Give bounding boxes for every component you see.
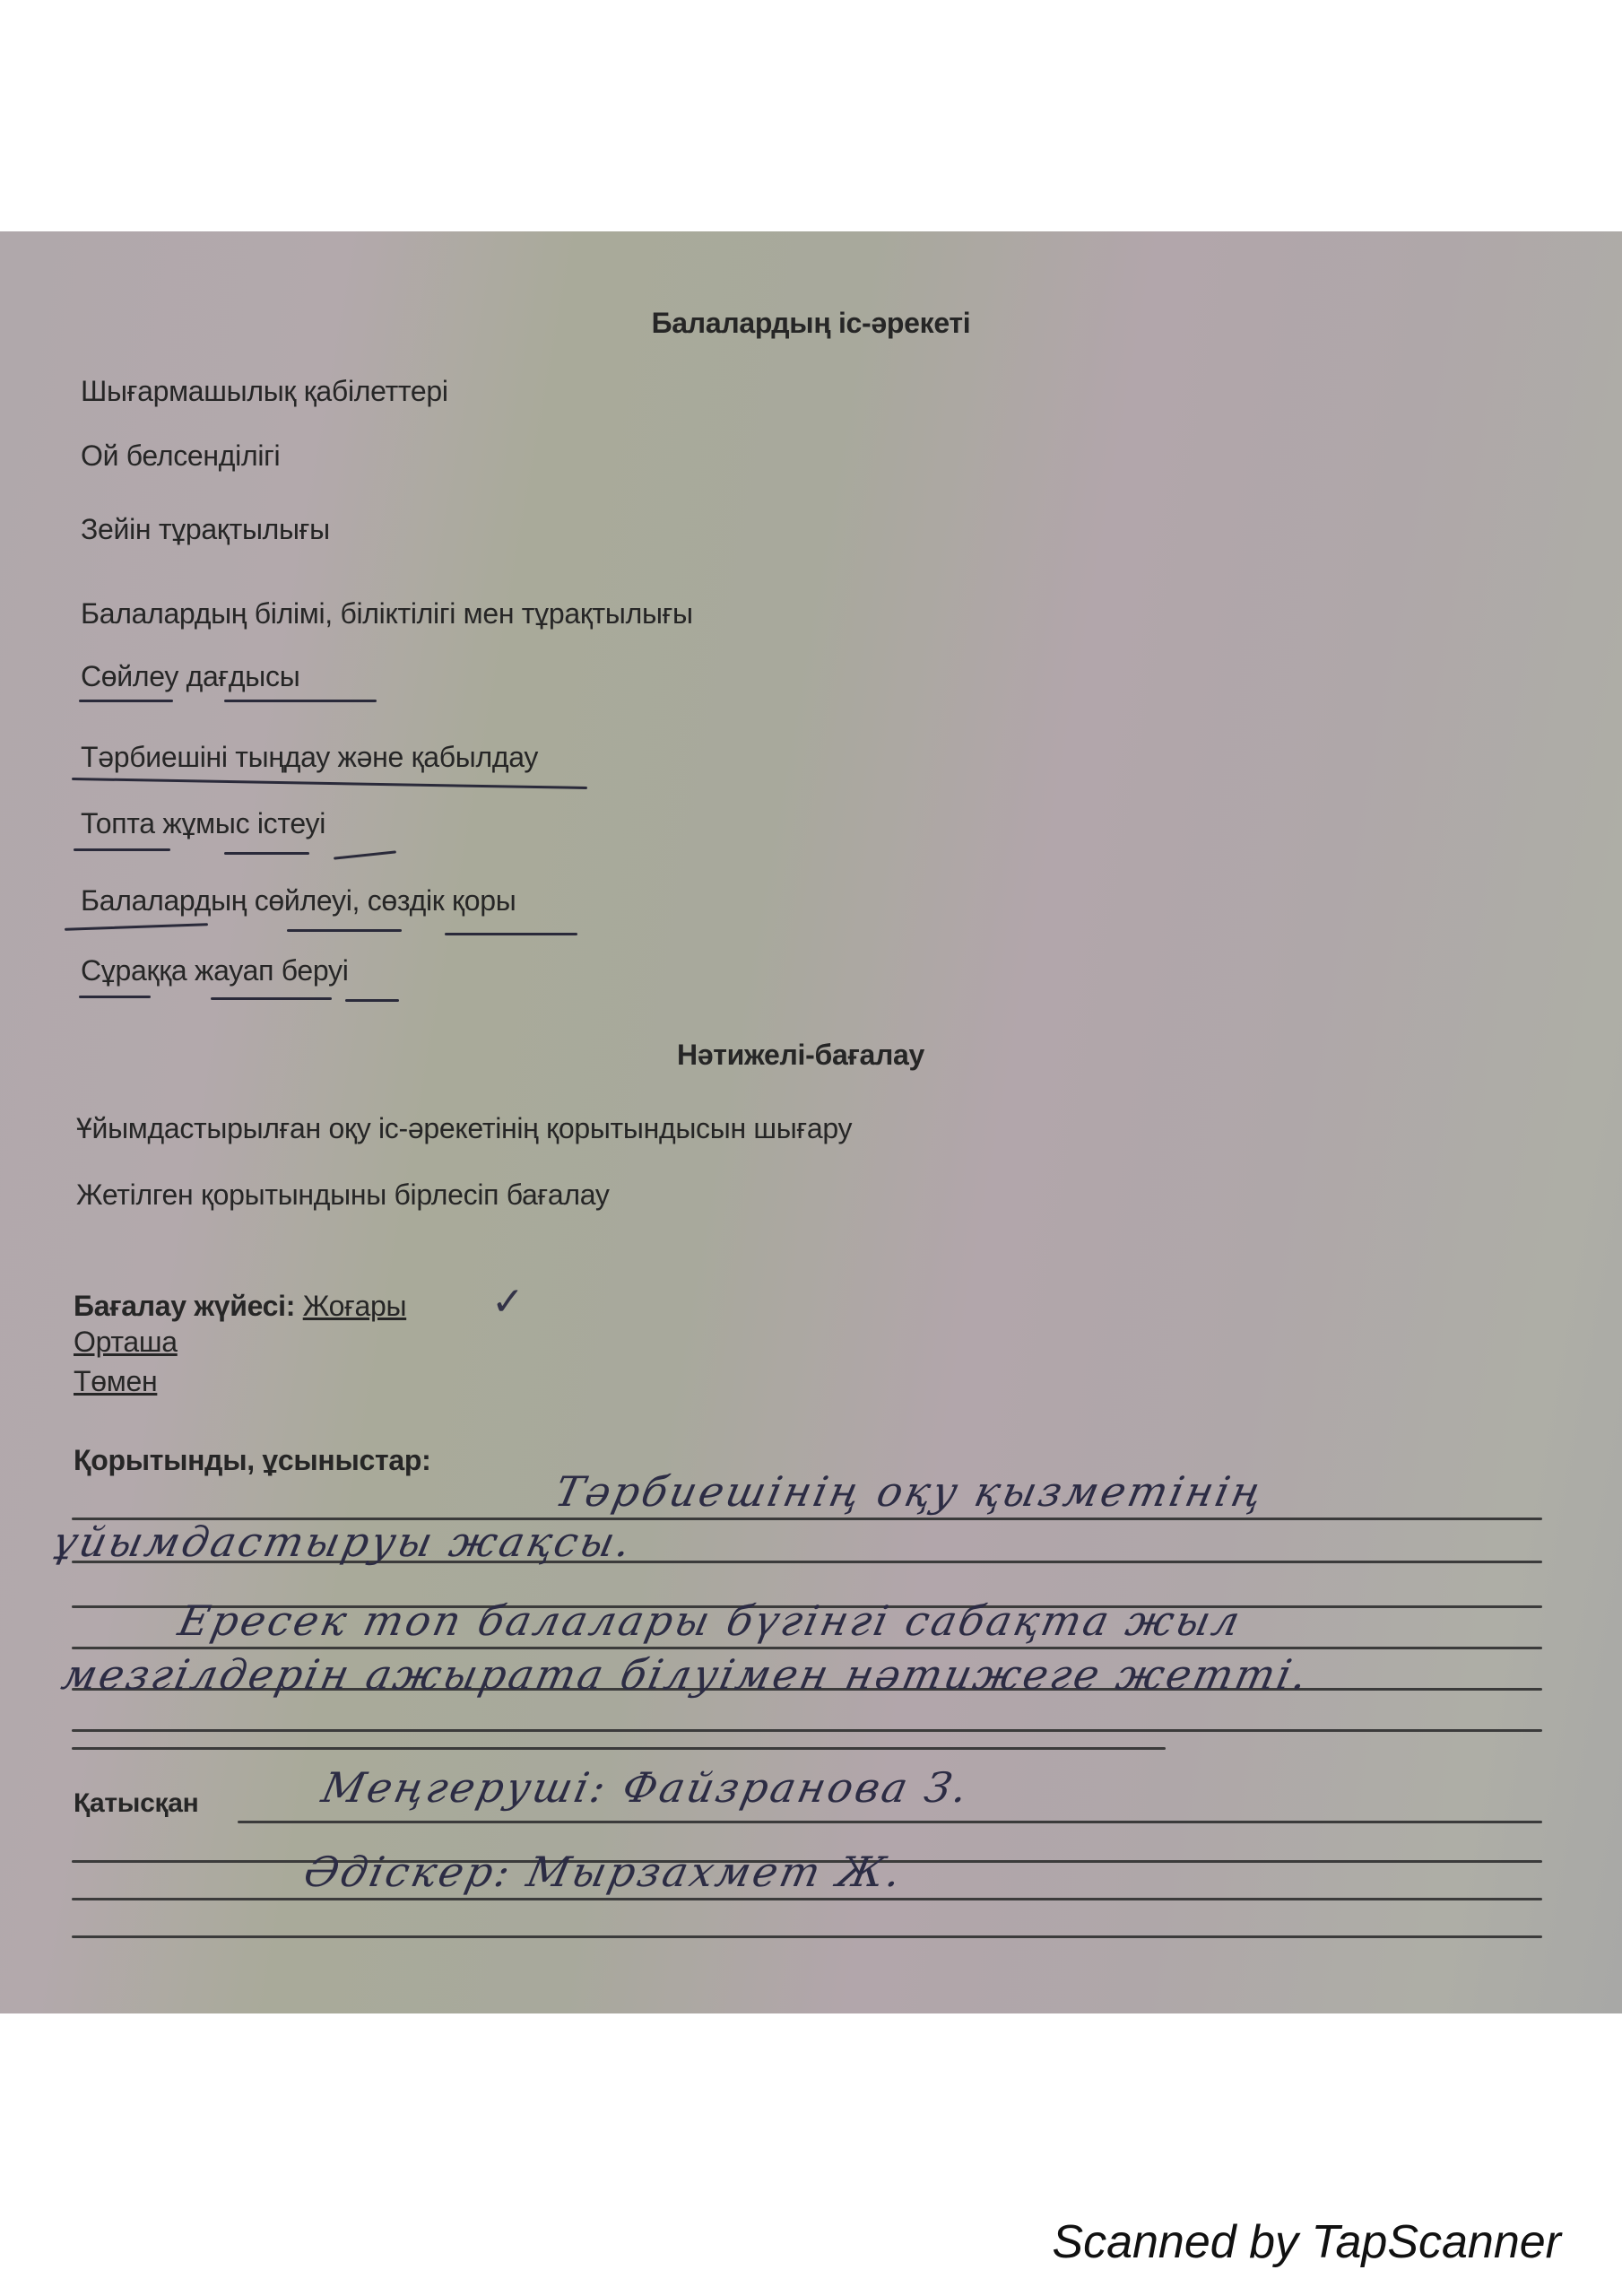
handwritten-conclusion: мезгілдерін ажырата білуімен нәтижеге же… [57, 1650, 1314, 1699]
scanner-watermark: Scanned by TapScanner [1052, 2215, 1561, 2269]
handwritten-conclusion: ұйымдастыруы жақсы. [48, 1518, 638, 1566]
writing-line [72, 1935, 1542, 1938]
pen-underline [74, 848, 170, 851]
handwritten-participant: Әдіскер: Мырзахмет Ж. [299, 1848, 907, 1896]
writing-line [72, 1747, 1166, 1750]
grade-option-medium[interactable]: Орташа [74, 1326, 178, 1359]
activity-item: Сөйлеу дағдысы [81, 660, 299, 693]
section-title-result: Нәтижелі-бағалау [677, 1039, 924, 1072]
activity-item: Топта жұмыс істеуі [81, 807, 325, 840]
activity-item: Зейін тұрақтылығы [81, 513, 330, 546]
pen-underline [211, 997, 332, 1000]
writing-line [72, 1729, 1542, 1732]
writing-line [238, 1821, 1542, 1823]
grading-label: Бағалау жүйесі: [74, 1290, 295, 1322]
grade-option-low[interactable]: Төмен [74, 1365, 157, 1398]
activity-item: Балалардың сөйлеуі, сөздік қоры [81, 884, 516, 918]
conclusions-label: Қорытынды, ұсыныстар: [74, 1444, 430, 1477]
pen-underline [345, 999, 399, 1002]
grading-row: Бағалау жүйесі: Жоғары [74, 1290, 406, 1323]
activity-item: Тәрбиешіні тыңдау және қабылдау [81, 741, 538, 774]
activity-item: Ой белсенділігі [81, 439, 280, 473]
handwritten-participant: Меңгеруші: Файзранова З. [317, 1763, 975, 1812]
activity-item: Шығармашылық қабілеттері [81, 375, 448, 408]
pen-underline [79, 700, 173, 702]
pen-underline [224, 852, 309, 855]
handwritten-conclusion: Тәрбиешінің оқу қызметінің [551, 1467, 1269, 1516]
check-mark-icon: ✓ [491, 1279, 525, 1325]
section-title-activity: Балалардың іс-әрекеті [0, 307, 1622, 340]
activity-item: Балалардың білімі, біліктілігі мен тұрақ… [81, 597, 693, 631]
pen-underline [287, 929, 402, 932]
pen-underline [79, 996, 151, 998]
pen-underline [224, 700, 377, 702]
handwritten-conclusion: Ересек топ балалары бүгінгі сабақта жыл [174, 1596, 1246, 1645]
result-item: Ұйымдастырылған оқу іс-әрекетінің қорыты… [76, 1112, 852, 1145]
writing-line [72, 1898, 1542, 1900]
participants-label: Қатысқан [74, 1788, 198, 1819]
writing-line [72, 1647, 1542, 1649]
pen-underline [445, 933, 577, 935]
result-item: Жетілген қорытындыны бірлесіп бағалау [76, 1178, 610, 1212]
grade-option-high[interactable]: Жоғары [303, 1290, 406, 1322]
activity-item: Сұраққа жауап беруі [81, 954, 349, 987]
